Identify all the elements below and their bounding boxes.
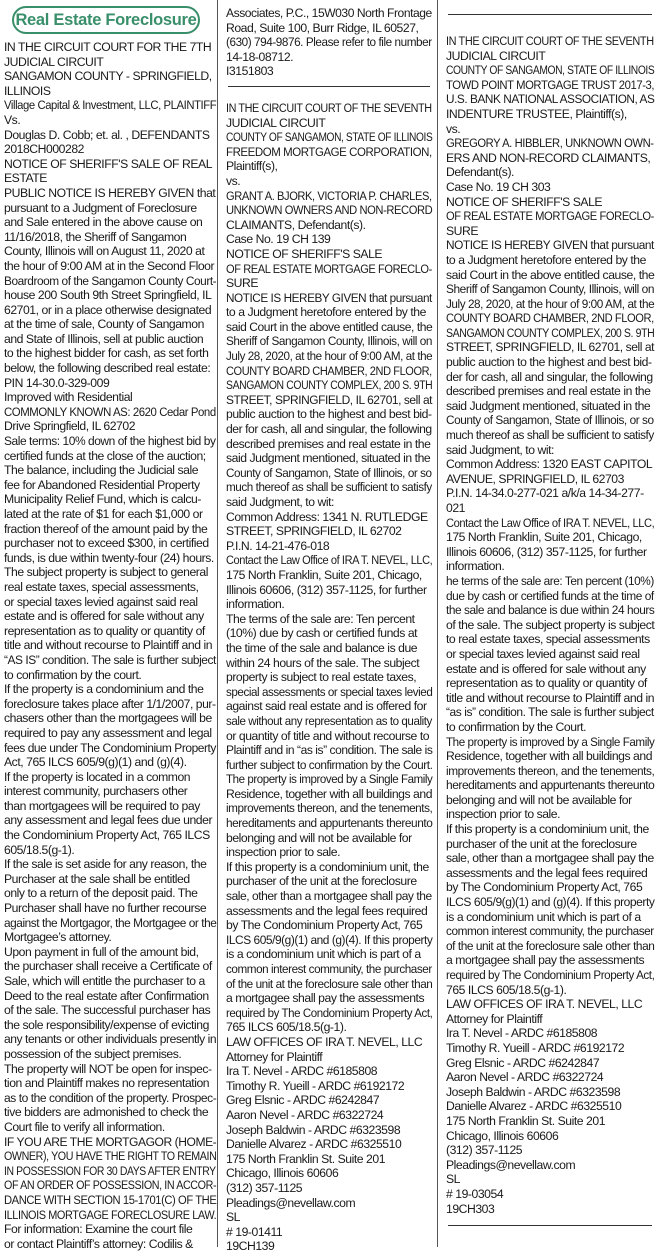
text-line: and State of Illinois, sell at public au… [4, 332, 216, 347]
text-line: the sole responsibility/expense of evict… [4, 1018, 216, 1033]
text-line: estate and is offered for sale without a… [4, 609, 216, 624]
text-line: Vs. [4, 113, 216, 128]
text-line: further subject to confirmation by the C… [226, 758, 425, 773]
text-line: Joseph Baldwin - ARDC #6323598 [446, 1085, 654, 1100]
text-line: fees due under The Condominium Property [4, 741, 212, 756]
text-line: he terms of the sale are: Ten percent (1… [446, 574, 647, 589]
text-line: NOTICE OF SHERIFF'S SALE [226, 247, 432, 262]
text-line: Court file to verify all information. [4, 1120, 216, 1135]
text-line: Attorney for Plaintiff [446, 1012, 654, 1027]
text-line: than mortgagees will be required to pay [4, 799, 216, 814]
text-line: IN POSSESSION FOR 30 DAYS AFTER ENTRY [4, 1164, 185, 1179]
text-line: Timothy R. Yueill - ARDC #6192172 [226, 1079, 432, 1094]
text-line: COUNTY OF SANGAMON, STATE OF ILLINOIS [446, 63, 621, 78]
text-line: 14-18-08712. [226, 50, 432, 65]
text-line: If the sale is set aside for any reason,… [4, 857, 216, 872]
text-line: Danielle Alvarez - ARDC #6325510 [446, 1099, 654, 1114]
text-line: 765 ILCS 605/18.5(g-1). [446, 983, 654, 998]
text-line: or quantity of title and without recours… [226, 729, 432, 744]
text-line: ILLINOIS MORTGAGE FORECLOSURE LAW. [4, 1208, 194, 1223]
text-line: LAW OFFICES OF IRA T. NEVEL, LLC [226, 1035, 432, 1050]
text-line: by The Condominium Property Act, 765 [226, 918, 432, 933]
text-line: Mortgagee’s attorney. [4, 930, 216, 945]
text-line: belonging and will not be available for [446, 793, 654, 808]
text-line: JUDICIAL CIRCUIT [226, 116, 432, 131]
text-line: certified funds at the close of the auct… [4, 449, 216, 464]
text-line: 765 ILCS 605/18.5(g-1). [226, 1020, 432, 1035]
text-line: Danielle Alvarez - ARDC #6325510 [226, 1137, 432, 1152]
text-line: sale, other than a mortgagee shall pay t… [446, 851, 653, 866]
text-line: as to the condition of the property. Pro… [4, 1091, 213, 1106]
text-line: real estate taxes, special assessments, [4, 580, 216, 595]
text-line: or special taxes levied against said rea… [446, 647, 654, 662]
text-line: The property is improved by a Single Fam… [226, 772, 421, 787]
column-divider [437, 0, 438, 1247]
text-line: (312) 357-1125 [446, 1143, 654, 1158]
text-line: OF REAL ESTATE MORTGAGE FORECLO- [226, 262, 413, 277]
text-line: to confirmation by the court. [4, 668, 216, 683]
text-line: COUNTY OF SANGAMON, STATE OF ILLINOIS [226, 130, 398, 145]
text-line: title and without recourse to Plaintiff … [4, 638, 216, 653]
text-line: The property will NOT be open for inspec… [4, 1062, 216, 1077]
text-line: at the time of sale, County of Sangamon [4, 317, 216, 332]
text-line: If this property is a condominium unit, … [226, 860, 432, 875]
text-line: due by cash or certified funds at the ti… [446, 589, 649, 604]
text-line: SL [226, 1210, 432, 1225]
text-line: required by The Condominium Property Act… [226, 1006, 421, 1021]
notice-separator [448, 14, 652, 15]
text-line: purchaser of the unit at the foreclosure [446, 837, 654, 852]
text-line: TOWD POINT MORTGAGE TRUST 2017-3, [446, 78, 638, 93]
text-line: INDENTURE TRUSTEE, Plaintiff(s), [446, 107, 654, 122]
text-line: IN THE CIRCUIT COURT OF THE SEVENTH [446, 34, 632, 49]
text-line: common interest community, the purchaser [446, 924, 647, 939]
text-line: Aaron Nevel - ARDC #6322724 [226, 1108, 432, 1123]
text-line: improvements thereon, and the tenements, [226, 801, 424, 816]
text-line: assessments and the legal fees required [226, 904, 432, 919]
text-line: GRANT A. BJORK, VICTORIA P. CHARLES, [226, 189, 414, 204]
text-line: to confirmation by the Court. [446, 720, 654, 735]
text-line: interest community, purchasers other [4, 784, 216, 799]
text-line: much thereof as shall be sufficient to s… [226, 480, 423, 495]
text-line: information. [226, 597, 432, 612]
text-line: Pleadings@nevellaw.com [446, 1158, 654, 1173]
text-line: said Judgment, to wit: [226, 495, 432, 510]
text-line: I3151803 [226, 64, 432, 79]
text-line: 175 North Franklin St. Suite 201 [226, 1152, 432, 1167]
text-line: 175 North Franklin St. Suite 201 [446, 1114, 654, 1129]
foreclosure-notice-2018CH000282: IN THE CIRCUIT COURT FOR THE 7THJUDICIAL… [4, 40, 216, 1251]
text-line: 2018CH000282 [4, 142, 216, 157]
text-line: The terms of the sale are: Ten percent [226, 612, 432, 627]
text-line: “AS IS” condition. The sale is further s… [4, 653, 211, 668]
text-line: “as is” condition. The sale is further s… [446, 705, 651, 720]
text-line: Sheriff of Sangamon County, Illinois, wi… [446, 282, 649, 297]
text-line: County of Sangamon, State of Illinois, o… [226, 466, 423, 481]
text-line: pursuant to a Judgment of Foreclosure [4, 201, 216, 216]
text-line: COUNTY BOARD CHAMBER, 2ND FLOOR, [446, 311, 636, 326]
column-2: Associates, P.C., 15W030 North FrontageR… [226, 0, 432, 1253]
text-line: the time of the sale and balance is due [226, 641, 432, 656]
text-line: Pleadings@nevellaw.com [226, 1196, 432, 1211]
text-line: Associates, P.C., 15W030 North Frontage [226, 6, 430, 21]
text-line: representation as to quality or quantity… [4, 624, 216, 639]
text-line: property is subject to real estate taxes… [226, 670, 432, 685]
text-line: OF AN ORDER OF POSSESSION, IN ACCOR- [4, 1178, 190, 1193]
text-line: The subject property is subject to gener… [4, 565, 216, 580]
text-line: (630) 794-9876. Please refer to file num… [226, 35, 424, 50]
text-line: Common Address: 1341 N. RUTLEDGE [226, 510, 432, 525]
text-line: JUDICIAL CIRCUIT [4, 55, 216, 70]
text-line: representation as to quality or quantity… [446, 676, 654, 691]
text-line: STREET, SPRINGFIELD, IL 62701, sell at [226, 393, 428, 408]
text-line: to a Judgment heretofore entered by the [226, 305, 432, 320]
text-line: Greg Elsnic - ARDC #6242847 [446, 1056, 654, 1071]
text-line: COUNTY BOARD CHAMBER, 2ND FLOOR, [226, 364, 412, 379]
column-3: IN THE CIRCUIT COURT OF THE SEVENTHJUDIC… [446, 0, 654, 1253]
text-line: ERS AND NON-RECORD CLAIMANTS, [446, 151, 654, 166]
text-line: is a condominium unit which is part of a [446, 910, 654, 925]
notice-separator [448, 1225, 652, 1226]
text-line: Boardroom of the Sangamon County Court- [4, 274, 210, 289]
text-line: GREGORY A. HIBBLER, UNKNOWN OWN- [446, 136, 637, 151]
text-line: Sale terms: 10% down of the highest bid … [4, 434, 212, 449]
text-line: Defendant(s). [446, 165, 654, 180]
text-line: Joseph Baldwin - ARDC #6323598 [226, 1123, 432, 1138]
text-line: STREET, SPRINGFIELD, IL 62702 [226, 524, 432, 539]
text-line: Sale, which will entitle the purchaser t… [4, 974, 216, 989]
text-line: JUDICIAL CIRCUIT [446, 49, 654, 64]
text-line: Ira T. Nevel - ARDC #6185808 [446, 1026, 654, 1041]
text-line: hereditaments and appurtenants thereunto [226, 816, 426, 831]
text-line: described premises and real estate in th… [446, 384, 654, 399]
text-line: LAW OFFICES OF IRA T. NEVEL, LLC [446, 997, 654, 1012]
text-line: IN THE CIRCUIT COURT OF THE SEVENTH [226, 101, 409, 116]
text-line: 62701, or in a place otherwise designate… [4, 303, 216, 318]
text-line: Improved with Residential [4, 390, 216, 405]
text-line: the sale and balance is due within 24 ho… [446, 603, 648, 618]
text-line: 11/16/2018, the Sheriff of Sangamon [4, 230, 216, 245]
text-line: any assessment and legal fees due under [4, 813, 216, 828]
text-line: (312) 357-1125 [226, 1181, 432, 1196]
text-line: 175 North Franklin, Suite 201, Chicago, [226, 568, 432, 583]
text-line: STREET, SPRINGFIELD, IL 62701, sell at [446, 340, 652, 355]
text-line: PIN 14-30.0-329-009 [4, 376, 216, 391]
text-line: SANGAMON COUNTY COMPLEX, 200 S. 9TH [226, 378, 402, 393]
text-line: to a Judgment heretofore entered by the [446, 253, 654, 268]
column-divider [217, 0, 218, 1247]
text-line: Contact the Law Office of IRA T. NEVEL, … [226, 553, 412, 568]
column-1: Real Estate Foreclosure IN THE CIRCUIT C… [4, 0, 216, 1253]
text-line: Residence, together with all buildings a… [226, 787, 432, 802]
text-line: vs. [446, 122, 654, 137]
text-line: belonging and will not be available for [226, 831, 432, 846]
text-line: Plaintiff(s), [226, 159, 432, 174]
text-line: public auction to the highest and best b… [226, 407, 432, 422]
text-line: Greg Elsnic - ARDC #6242847 [226, 1093, 432, 1108]
text-line: Douglas D. Cobb; et. al. , DEFENDANTS [4, 128, 216, 143]
text-line: Attorney for Plaintiff [226, 1050, 432, 1065]
text-line: lated at the rate of $1 for each $1,000 … [4, 507, 216, 522]
text-line: possession of the subject premises. [4, 1047, 216, 1062]
text-line: common interest community, the purchaser [226, 962, 423, 977]
text-line: If the property is located in a common [4, 770, 216, 785]
text-line: OF REAL ESTATE MORTGAGE FORECLO- [446, 209, 637, 224]
text-line: 021 [446, 501, 654, 516]
text-line: the hour of 9:00 AM at in the Second Flo… [4, 259, 216, 274]
foreclosure-notice-19CH139: IN THE CIRCUIT COURT OF THE SEVENTHJUDIC… [226, 101, 432, 1253]
text-line: County of Sangamon, State of Illinois, o… [446, 413, 647, 428]
text-line: AVENUE, SPRINGFIELD, IL 62703 [446, 472, 654, 487]
text-line: CLAIMANTS, Defendant(s). [226, 218, 432, 233]
text-line: Case No. 19 CH 139 [226, 232, 432, 247]
notice-continuation: Associates, P.C., 15W030 North FrontageR… [226, 6, 432, 79]
text-line: 19CH303 [446, 1202, 654, 1217]
text-line: Plaintiff and in “as is” condition. The … [226, 743, 429, 758]
text-line: 605/18.5(g-1). [4, 843, 216, 858]
text-line: hereditaments and appurtenants thereunto [446, 778, 650, 793]
text-line: Illinois 60606, (312) 357-1125, for furt… [446, 545, 654, 560]
text-line: NOTICE OF SHERIFF'S SALE [446, 195, 654, 210]
text-line: much thereof as shall be sufficient to s… [446, 428, 647, 443]
text-line: Act, 765 ILCS 605/9(g)(1) and (g)(4). [4, 755, 216, 770]
text-line: or contact Plaintiff’s attorney: Codilis… [4, 1237, 216, 1252]
text-line: NOTICE IS HEREBY GIVEN that pursuant [446, 238, 648, 253]
text-line: purchaser not to exceed $300, in certifi… [4, 536, 216, 551]
text-line: PUBLIC NOTICE IS HEREBY GIVEN that [4, 186, 216, 201]
text-line: # 19-03054 [446, 1187, 654, 1202]
text-line: fee for Abandoned Residential Property [4, 478, 216, 493]
text-line: Purchaser shall have no further recourse [4, 901, 216, 916]
foreclosure-notice-19CH303: IN THE CIRCUIT COURT OF THE SEVENTHJUDIC… [446, 34, 654, 1216]
text-line: to the highest bidder for cash, as set f… [4, 346, 216, 361]
text-line: chasers other than the mortgagees will b… [4, 711, 216, 726]
text-line: The property is improved by a Single Fam… [446, 735, 644, 750]
text-line: vs. [226, 174, 432, 189]
text-line: P.I.N. 14-21-476-018 [226, 539, 432, 554]
text-line: SANGAMON COUNTY COMPLEX, 200 S. 9TH [446, 326, 626, 341]
text-line: sale, other than a mortgagee shall pay t… [226, 889, 429, 904]
text-line: Upon payment in full of the amount bid, [4, 945, 216, 960]
text-line: of the unit at the foreclosure sale othe… [226, 977, 424, 992]
text-line: described premises and real estate in th… [226, 437, 432, 452]
text-line: ILCS 605/9(g)(1) and (g)(4). If this pro… [226, 933, 427, 948]
text-line: Contact the Law Office of IRA T. NEVEL, … [446, 516, 636, 531]
text-line: P.I.N. 14-34.0-277-021 a/k/a 14-34-277- [446, 486, 654, 501]
section-header-badge: Real Estate Foreclosure [12, 6, 200, 34]
text-line: Purchaser at the sale shall be entitled [4, 872, 216, 887]
text-line: special assessments or special taxes lev… [226, 685, 422, 700]
text-line: Sheriff of Sangamon County, Illinois, wi… [226, 334, 425, 349]
text-line: U.S. BANK NATIONAL ASSOCIATION, AS [446, 92, 647, 107]
text-line: 175 North Franklin, Suite 201, Chicago, [446, 530, 654, 545]
text-line: required to pay any assessment and legal [4, 726, 216, 741]
text-line: assessments and the legal fees required [446, 866, 654, 881]
text-line: tive bidders are admonished to check the [4, 1105, 216, 1120]
text-line: title and without recourse to Plaintiff … [446, 691, 654, 706]
text-line: inspection prior to sale. [446, 807, 654, 822]
text-line: ILLINOIS [4, 84, 216, 99]
text-line: NOTICE IS HEREBY GIVEN that pursuant [226, 291, 424, 306]
text-line: within 24 hours of the sale. The subject [226, 656, 432, 671]
text-line: FREEDOM MORTGAGE CORPORATION, [226, 145, 420, 160]
text-line: improvements thereon, and the tenements, [446, 764, 648, 779]
text-line: Common Address: 1320 EAST CAPITOL [446, 457, 654, 472]
text-line: by The Condominium Property Act, 765 [446, 880, 654, 895]
text-line: ESTATE [4, 171, 216, 186]
text-line: The balance, including the Judicial sale [4, 463, 216, 478]
text-line: SANGAMON COUNTY - SPRINGFIELD, [4, 69, 216, 84]
text-line: NOTICE OF SHERIFF'S SALE OF REAL [4, 157, 216, 172]
text-line: Village Capital & Investment, LLC, PLAIN… [4, 98, 200, 113]
text-line: Illinois 60606, (312) 357-1125, for furt… [226, 583, 432, 598]
text-line: Chicago, Illinois 60606 [226, 1166, 432, 1181]
text-line: said Judgment mentioned, situated in the [446, 399, 654, 414]
text-line: SURE [226, 276, 432, 291]
text-line: said Judgment mentioned, situated in the [226, 451, 432, 466]
text-line: Residence, together with all buildings a… [446, 749, 654, 764]
text-line: UNKNOWN OWNERS AND NON-RECORD [226, 203, 415, 218]
text-line: of the sale. The subject property is sub… [446, 618, 654, 633]
text-line: any tenants or other individuals present… [4, 1032, 214, 1047]
text-line: COMMONLY KNOWN AS: 2620 Cedar Pond [4, 405, 202, 420]
text-line: funds, is due within twenty-four (24) ho… [4, 551, 216, 566]
text-line: (10%) due by cash or certified funds at [226, 626, 432, 641]
notice-separator [228, 86, 430, 87]
text-line: ILCS 605/9(g)(1) and (g)(4). If this pro… [446, 895, 651, 910]
text-line: Ira T. Nevel - ARDC #6185808 [226, 1064, 432, 1079]
text-line: is a condominium unit which is part of a [226, 947, 432, 962]
text-line: foreclosure takes place after 1/1/2007, … [4, 697, 215, 712]
text-line: of the unit at the foreclosure sale othe… [446, 939, 648, 954]
text-line: sale without any representation as to qu… [226, 714, 422, 729]
text-line: and Sale entered in the above cause on [4, 215, 216, 230]
text-line: IF YOU ARE THE MORTGAGOR (HOME- [4, 1135, 214, 1150]
text-line: Timothy R. Yueill - ARDC #6192172 [446, 1041, 654, 1056]
text-line: purchaser of the unit at the foreclosure [226, 874, 432, 889]
text-line: only to a return of the deposit paid. Th… [4, 886, 216, 901]
text-line: against the Mortgagor, the Mortgagee or … [4, 916, 210, 931]
text-line: If this property is a condominium unit, … [446, 822, 654, 837]
text-line: tion and Plaintiff makes no representati… [4, 1076, 216, 1091]
text-line: estate and is offered for sale without a… [446, 662, 654, 677]
text-line: Municipality Relief Fund, which is calcu… [4, 492, 216, 507]
text-line: said Court in the above entitled cause, … [446, 268, 654, 283]
text-line: der for cash, all and singular, the foll… [446, 370, 654, 385]
text-line: required by The Condominium Property Act… [446, 968, 644, 983]
text-line: July 28, 2020, at the hour of 9:00 AM, a… [226, 349, 422, 364]
text-line: July 28, 2020, at the hour of 9:00 AM, a… [446, 297, 646, 312]
text-line: Case No. 19 CH 303 [446, 180, 654, 195]
text-line: County, Illinois will on August 11, 2020… [4, 244, 216, 259]
text-line: information. [446, 559, 654, 574]
text-line: against said real estate and is offered … [226, 699, 432, 714]
text-line: For information: Examine the court file [4, 1222, 216, 1237]
text-line: If the property is a condominium and the [4, 682, 216, 697]
text-line: said Court in the above entitled cause, … [226, 320, 430, 335]
text-line: the Condominium Property Act, 765 ILCS [4, 828, 216, 843]
text-line: # 19-01411 [226, 1225, 432, 1240]
text-line: public auction to the highest and best b… [446, 355, 654, 370]
text-line: a mortgagee shall pay the assessments [226, 991, 432, 1006]
text-line: to real estate taxes, special assessment… [446, 632, 654, 647]
text-line: Aaron Nevel - ARDC #6322724 [446, 1070, 654, 1085]
text-line: or special taxes levied against said rea… [4, 595, 216, 610]
text-line: OWNER), YOU HAVE THE RIGHT TO REMAIN [4, 1149, 190, 1164]
text-line: said Judgment, to wit: [446, 443, 654, 458]
text-line: Chicago, Illinois 60606 [446, 1129, 654, 1144]
text-line: 19CH139 [226, 1239, 432, 1253]
text-line: der for cash, all and singular, the foll… [226, 422, 431, 437]
text-line: DANCE WITH SECTION 15-1701(C) OF THE [4, 1193, 199, 1208]
text-line: of the sale. The successful purchaser ha… [4, 1003, 216, 1018]
text-line: Deed to the real estate after Confirmati… [4, 989, 216, 1004]
text-line: Drive Springfield, IL 62702 [4, 419, 216, 434]
text-line: house 200 South 9th Street Springfield, … [4, 288, 216, 303]
text-line: SL [446, 1172, 654, 1187]
text-line: the purchaser shall receive a Certificat… [4, 959, 216, 974]
text-line: a mortgagee shall pay the assessments [446, 953, 654, 968]
text-line: below, the following described real esta… [4, 361, 216, 376]
text-line: IN THE CIRCUIT COURT FOR THE 7TH [4, 40, 216, 55]
text-line: Road, Suite 100, Burr Ridge, IL 60527, [226, 21, 432, 36]
text-line: SURE [446, 224, 654, 239]
text-line: inspection prior to sale. [226, 845, 432, 860]
text-line: fraction thereof of the amount paid by t… [4, 522, 216, 537]
